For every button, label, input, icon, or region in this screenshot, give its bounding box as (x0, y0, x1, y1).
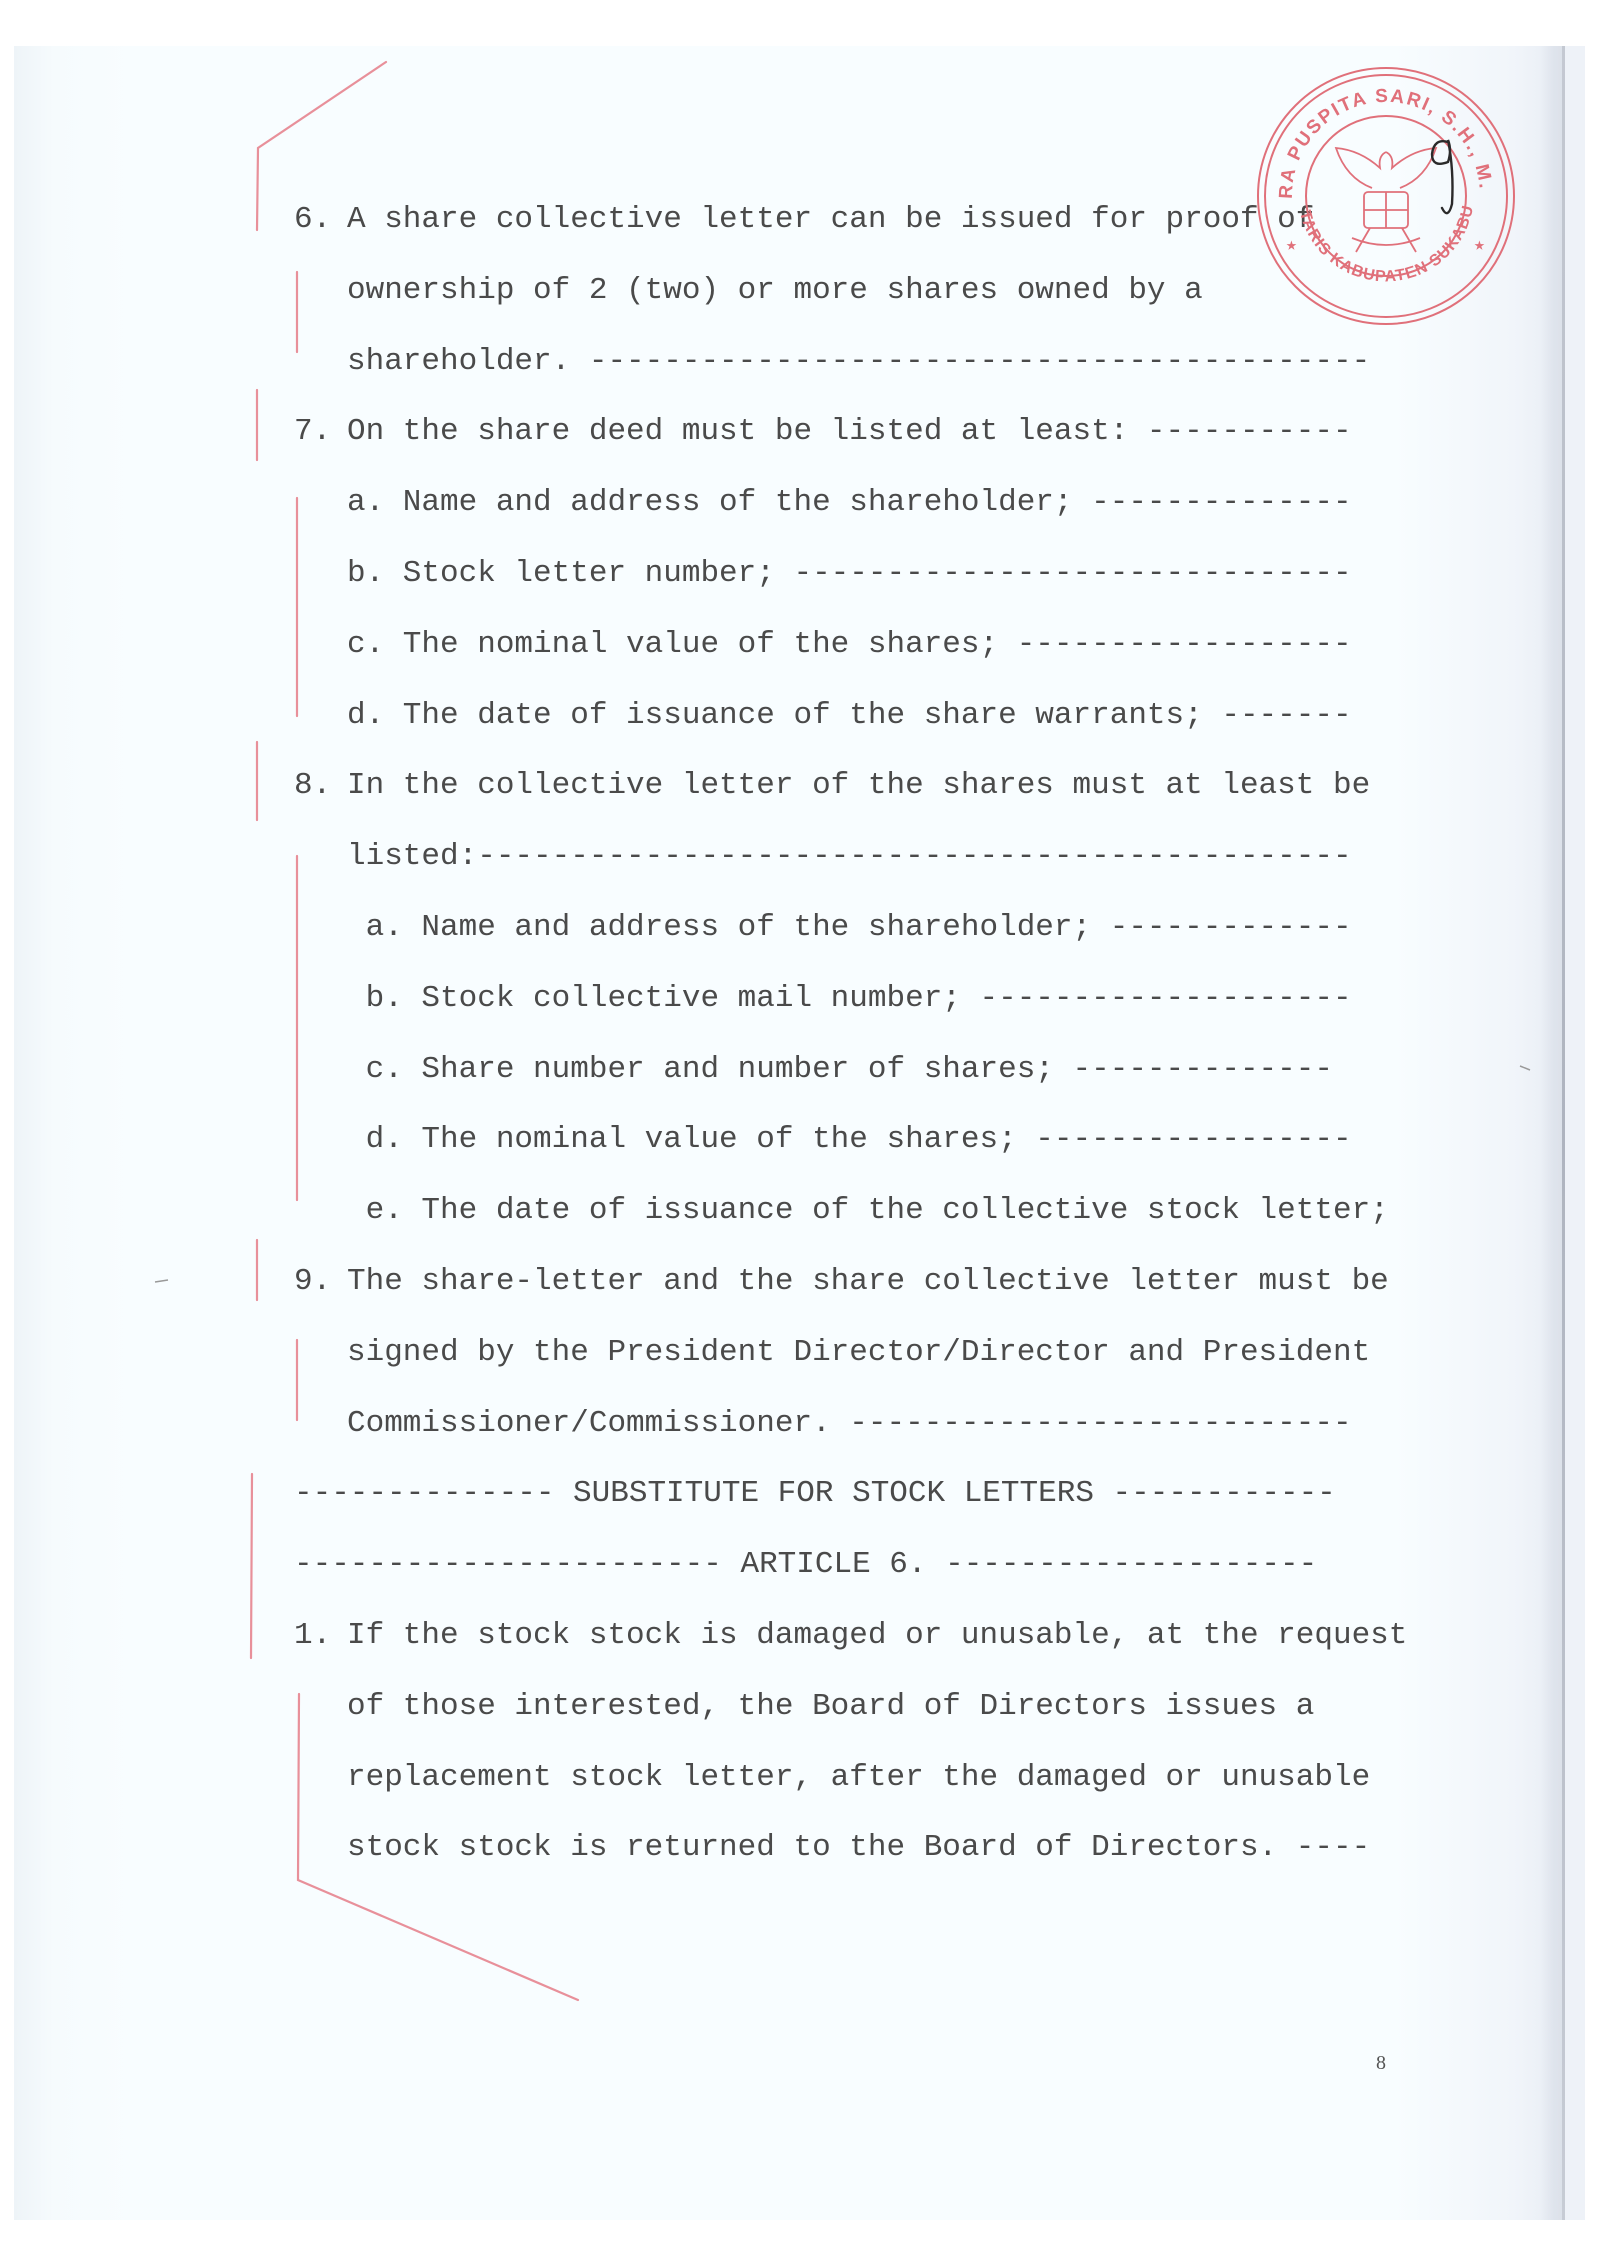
svg-text:★: ★ (1286, 236, 1297, 256)
line-text: c. The nominal value of the shares; ----… (347, 625, 1352, 665)
line-text: stock stock is returned to the Board of … (347, 1828, 1370, 1868)
page-fold-shadow (1540, 46, 1562, 2220)
line-text: In the collective letter of the shares m… (347, 766, 1370, 806)
line-text: If the stock stock is damaged or unusabl… (347, 1616, 1407, 1656)
line-text: e. The date of issuance of the collectiv… (347, 1191, 1389, 1231)
line-text: b. Stock letter number; ----------------… (347, 554, 1352, 594)
list-marker: 6. (294, 200, 331, 240)
line-text: shareholder. ---------------------------… (347, 342, 1370, 382)
line-text: d. The date of issuance of the share war… (347, 696, 1352, 736)
line-text: c. Share number and number of shares; --… (347, 1050, 1333, 1090)
line-text: ownership of 2 (two) or more shares owne… (347, 271, 1203, 311)
line-text: d. The nominal value of the shares; ----… (347, 1120, 1352, 1160)
line-text: replacement stock letter, after the dama… (347, 1758, 1370, 1798)
page-edge (1565, 46, 1585, 2220)
stamp-top-text: FERA PUSPITA SARI, S.H., M.Kn. (1252, 62, 1496, 199)
line-text: of those interested, the Board of Direct… (347, 1687, 1314, 1727)
list-marker: 7. (294, 412, 331, 452)
line-text: b. Stock collective mail number; -------… (347, 979, 1352, 1019)
list-marker: 1. (294, 1616, 331, 1656)
svg-text:★: ★ (1474, 236, 1485, 256)
list-marker: 8. (294, 766, 331, 806)
garuda-emblem-icon (1336, 148, 1436, 252)
line-text: The share-letter and the share collectiv… (347, 1262, 1389, 1302)
line-text: listed:---------------------------------… (347, 837, 1352, 877)
line-text: a. Name and address of the shareholder; … (347, 908, 1352, 948)
notary-stamp: FERA PUSPITA SARI, S.H., M.Kn. NOTARIS K… (1252, 62, 1520, 330)
line-text: ----------------------- ARTICLE 6. -----… (294, 1545, 1317, 1585)
line-text: On the share deed must be listed at leas… (347, 412, 1352, 452)
line-text: Commissioner/Commissioner. -------------… (347, 1404, 1352, 1444)
line-text: signed by the President Director/Directo… (347, 1333, 1370, 1373)
line-text: A share collective letter can be issued … (347, 200, 1314, 240)
line-text: -------------- SUBSTITUTE FOR STOCK LETT… (294, 1474, 1336, 1514)
page-number: 8 (1376, 2052, 1386, 2075)
svg-text:FERA PUSPITA SARI, S.H., M.Kn.: FERA PUSPITA SARI, S.H., M.Kn. (1252, 62, 1496, 199)
line-text: a. Name and address of the shareholder; … (347, 483, 1352, 523)
list-marker: 9. (294, 1262, 331, 1302)
